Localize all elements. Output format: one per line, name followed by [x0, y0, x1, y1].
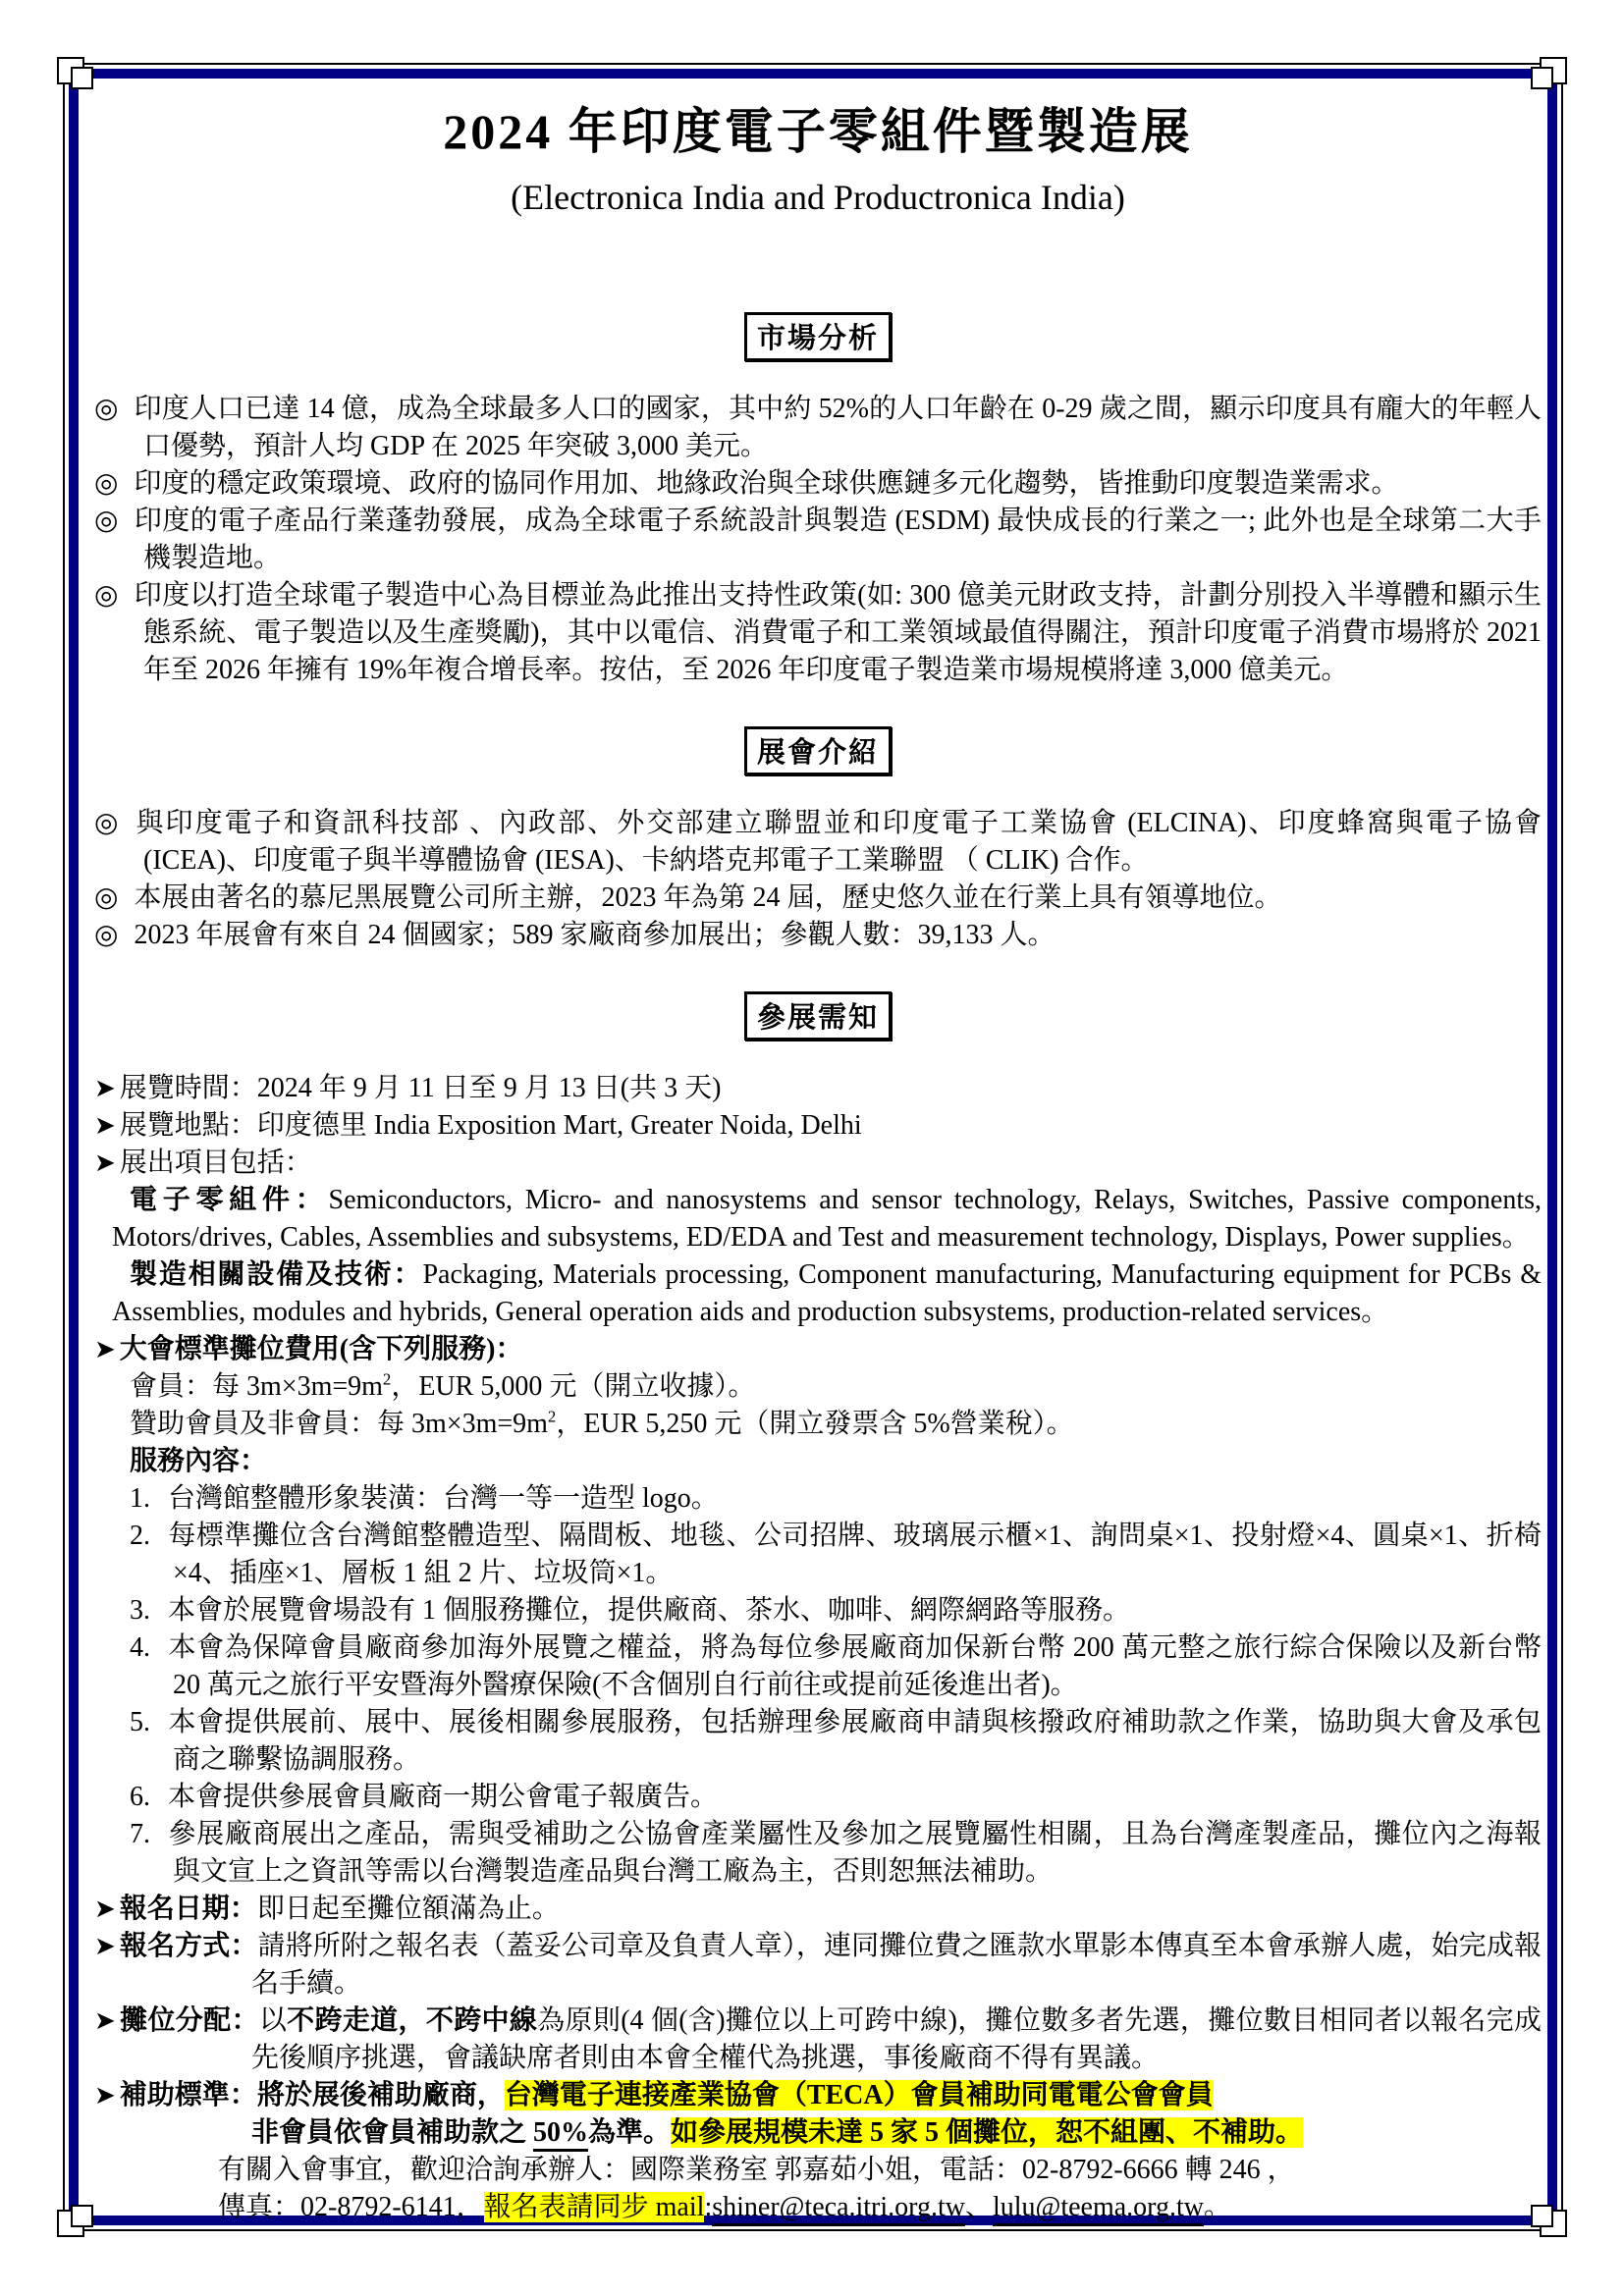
text-segment: shiner@teca.itri.org.tw: [712, 2192, 965, 2226]
arrow-icon: ➤: [94, 1148, 116, 1177]
section-market-analysis: 市場分析 ◎印度人口已達 14 億，成為全球最多人口的國家，其中約 52%的人口…: [94, 312, 1542, 689]
text-segment: 即日起至攤位額滿為止。: [257, 1894, 560, 1924]
item-number: 7.: [130, 1819, 150, 1849]
text-segment: 參展廠商展出之產品，需與受補助之公協會產業屬性及參加之展覽屬性相關，且為台灣產製…: [168, 1819, 1542, 1887]
page-title: 2024 年印度電子零組件暨製造展: [94, 92, 1542, 163]
text-segment: 台灣電子連接產業協會（TECA）會員補助同電電公會會員: [505, 2080, 1214, 2110]
text-segment: 與印度電子和資訊科技部 、內政部、外交部建立聯盟並和印度電子工業協會 (ELCI…: [135, 808, 1542, 876]
text-segment: 有關入會事宜，歡迎洽詢承辦人：國際業務室 郭嘉茹小姐，電話：02-8792-66…: [218, 2155, 1295, 2185]
bullet-icon: ◎: [94, 394, 119, 424]
item-number: 2.: [130, 1521, 150, 1551]
exhibition-time: ➤展覽時間：2024 年 9 月 11 日至 9 月 13 日(共 3 天): [94, 1070, 1542, 1107]
document-content: 2024 年印度電子零組件暨製造展 (Electronica India and…: [94, 86, 1542, 2226]
text-segment: 2023 年展會有來自 24 個國家；589 家廠商參加展出；參觀人數：39,1…: [134, 920, 1055, 950]
corner-ornament: [71, 67, 93, 89]
text-segment: 非會員依會員補助款之: [251, 2117, 533, 2148]
booth-allocation: ➤攤位分配：以不跨走道，不跨中線為原則(4 個(含)攤位以上可跨中線)，攤位數多…: [94, 2002, 1542, 2077]
bullet-icon: ◎: [94, 808, 120, 838]
service-item-5: 5.本會提供展前、展中、展後相關參展服務，包括辦理參展廠商申請與核撥政府補助款之…: [94, 1704, 1542, 1779]
item-number: 4.: [130, 1632, 150, 1663]
service-item-7: 7.參展廠商展出之產品，需與受補助之公協會產業屬性及參加之展覽屬性相關，且為台灣…: [94, 1816, 1542, 1891]
text-segment: 電子零組件：: [130, 1185, 329, 1215]
text-segment: ，EUR 5,000 元（開立收據）。: [391, 1371, 755, 1402]
subsidy-nonmember: 非會員依會員補助款之 50%為準。如參展規模未達 5 家 5 個攤位，恕不組團、…: [94, 2114, 1542, 2152]
arrow-icon: ➤: [94, 1111, 116, 1140]
service-item-2: 2.每標準攤位含台灣館整體造型、隔間板、地毯、公司招牌、玻璃展示櫃×1、詢問桌×…: [94, 1518, 1542, 1592]
bullet-icon: ◎: [94, 506, 119, 536]
section-heading-participation-notes: 參展需知: [744, 991, 892, 1041]
text-segment: 、: [965, 2192, 993, 2222]
service-item-6: 6.本會提供參展會員廠商一期公會電子報廣告。: [94, 1779, 1542, 1816]
text-segment: 本會提供參展會員廠商一期公會電子報廣告。: [168, 1782, 718, 1812]
intro-bullet-2: ◎本展由著名的慕尼黑展覽公司所主辦，2023 年為第 24 屆，歷史悠久並在行業…: [94, 880, 1542, 917]
text-segment: 會員：每 3m×3m=9m: [130, 1371, 383, 1402]
fee-member: 會員：每 3m×3m=9m2，EUR 5,000 元（開立收據）。: [94, 1368, 1542, 1406]
text-segment: 展覽地點：印度德里 India Exposition Mart, Greater…: [120, 1110, 862, 1141]
section-heading-wrap: 市場分析: [94, 312, 1542, 361]
text-segment: 。: [1204, 2192, 1231, 2222]
section-heading-wrap: 展會介紹: [94, 726, 1542, 775]
page-subtitle: (Electronica India and Productronica Ind…: [94, 177, 1542, 218]
section-heading-wrap: 參展需知: [94, 991, 1542, 1041]
text-segment: 印度的穩定政策環境、政府的協同作用加、地緣政治與全球供應鏈多元化趨勢，皆推動印度…: [134, 468, 1398, 499]
fee-sponsor-nonmember: 贊助會員及非會員：每 3m×3m=9m2，EUR 5,250 元（開立發票含 5…: [94, 1406, 1542, 1443]
item-number: 3.: [130, 1595, 150, 1626]
text-segment: 每標準攤位含台灣館整體造型、隔間板、地毯、公司招牌、玻璃展示櫃×1、詢問桌×1、…: [168, 1521, 1542, 1588]
registration-date: ➤報名日期：即日起至攤位額滿為止。: [94, 1891, 1542, 1928]
intro-bullet-1: ◎與印度電子和資訊科技部 、內政部、外交部建立聯盟並和印度電子工業協會 (ELC…: [94, 805, 1542, 880]
text-segment: 攤位分配：: [120, 2005, 259, 2036]
items-manufacturing-equipment: 製造相關設備及技術：Packaging, Materials processin…: [94, 1256, 1542, 1331]
text-segment: 印度人口已達 14 億，成為全球最多人口的國家，其中約 52%的人口年齡在 0-…: [135, 394, 1542, 461]
arrow-icon: ➤: [94, 2081, 116, 2109]
exhibition-items-label: ➤展出項目包括：: [94, 1145, 1542, 1182]
arrow-icon: ➤: [94, 1074, 116, 1102]
text-segment: 本展由著名的慕尼黑展覽公司所主辦，2023 年為第 24 屆，歷史悠久並在行業上…: [134, 882, 1281, 913]
bullet-icon: ◎: [94, 580, 119, 611]
text-segment: 印度以打造全球電子製造中心為目標並為此推出支持性政策(如: 300 億美元財政支…: [135, 580, 1542, 685]
market-bullet-1: ◎印度人口已達 14 億，成為全球最多人口的國家，其中約 52%的人口年齡在 0…: [94, 391, 1542, 465]
market-bullet-4: ◎印度以打造全球電子製造中心為目標並為此推出支持性政策(如: 300 億美元財政…: [94, 577, 1542, 689]
items-electronic-components: 電子零組件：Semiconductors, Micro- and nanosys…: [94, 1182, 1542, 1256]
service-item-3: 3.本會於展覽會場設有 1 個服務攤位，提供廠商、茶水、咖啡、網際網路等服務。: [94, 1592, 1542, 1629]
bullet-icon: ◎: [94, 920, 118, 950]
text-segment: 以: [259, 2005, 287, 2036]
market-analysis-body: ◎印度人口已達 14 億，成為全球最多人口的國家，其中約 52%的人口年齡在 0…: [94, 391, 1542, 689]
text-segment: 本會於展覽會場設有 1 個服務攤位，提供廠商、茶水、咖啡、網際網路等服務。: [168, 1595, 1130, 1626]
text-segment: 贊助會員及非會員：每 3m×3m=9m: [130, 1409, 548, 1439]
text-segment: 報名日期：: [120, 1894, 257, 1924]
text-segment: 補助標準：: [120, 2080, 257, 2110]
section-heading-market-analysis: 市場分析: [744, 312, 892, 361]
service-item-1: 1.台灣館整體形象裝潢：台灣一等一造型 logo。: [94, 1480, 1542, 1518]
bullet-icon: ◎: [94, 468, 118, 499]
exhibition-intro-body: ◎與印度電子和資訊科技部 、內政部、外交部建立聯盟並和印度電子工業協會 (ELC…: [94, 805, 1542, 954]
section-participation-notes: 參展需知 ➤展覽時間：2024 年 9 月 11 日至 9 月 13 日(共 3…: [94, 991, 1542, 2226]
text-segment: 如參展規模未達 5 家 5 個攤位，恕不組團、不補助。: [671, 2117, 1303, 2148]
text-segment: 展覽時間：2024 年 9 月 11 日至 9 月 13 日(共 3 天): [120, 1073, 722, 1103]
participation-notes-body: ➤展覽時間：2024 年 9 月 11 日至 9 月 13 日(共 3 天)➤展…: [94, 1070, 1542, 2226]
text-segment: 傳真：02-8792-6141，: [218, 2192, 484, 2222]
section-exhibition-intro: 展會介紹 ◎與印度電子和資訊科技部 、內政部、外交部建立聯盟並和印度電子工業協會…: [94, 726, 1542, 954]
text-segment: 台灣館整體形象裝潢：台灣一等一造型 logo。: [168, 1483, 719, 1514]
text-segment: 將於展後補助廠商，: [257, 2080, 505, 2110]
text-segment: 不跨走道，不跨中線: [287, 2005, 537, 2036]
text-segment: 本會提供展前、展中、展後相關參展服務，包括辦理參展廠商申請與核撥政府補助款之作業…: [168, 1707, 1542, 1775]
text-segment: 本會為保障會員廠商參加海外展覽之權益，將為每位參展廠商加保新台幣 200 萬元整…: [168, 1632, 1542, 1700]
arrow-icon: ➤: [94, 1895, 116, 1923]
item-number: 6.: [130, 1782, 150, 1812]
document-page: 2024 年印度電子零組件暨製造展 (Electronica India and…: [0, 0, 1624, 2296]
text-segment: 請將所附之報名表（蓋妥公司章及負責人章），連同攤位費之匯款水單影本傳真至本會承辦…: [251, 1931, 1542, 1999]
text-segment: 大會標準攤位費用(含下列服務)：: [120, 1334, 523, 1364]
registration-method: ➤報名方式：請將所附之報名表（蓋妥公司章及負責人章），連同攤位費之匯款水單影本傳…: [94, 1928, 1542, 2002]
section-heading-exhibition-intro: 展會介紹: [744, 726, 892, 775]
text-segment: 報名方式：: [120, 1931, 258, 1961]
text-segment: ，EUR 5,250 元（開立發票含 5%營業稅）。: [556, 1409, 1073, 1439]
text-segment: 50%: [533, 2117, 588, 2152]
market-bullet-2: ◎印度的穩定政策環境、政府的協同作用加、地緣政治與全球供應鏈多元化趨勢，皆推動印…: [94, 465, 1542, 503]
item-number: 5.: [130, 1707, 150, 1737]
item-number: 1.: [130, 1483, 150, 1514]
text-segment: 服務內容：: [130, 1446, 267, 1476]
service-item-4: 4.本會為保障會員廠商參加海外展覽之權益，將為每位參展廠商加保新台幣 200 萬…: [94, 1629, 1542, 1704]
corner-ornament: [71, 2205, 93, 2227]
membership-contact: 有關入會事宜，歡迎洽詢承辦人：國際業務室 郭嘉茹小姐，電話：02-8792-66…: [94, 2152, 1542, 2189]
text-segment: 製造相關設備及技術：: [130, 1259, 422, 1290]
text-segment: 印度的電子產品行業蓬勃發展，成為全球電子系統設計與製造 (ESDM) 最快成長的…: [135, 506, 1542, 573]
text-segment: 展出項目包括：: [120, 1148, 312, 1178]
services-label: 服務內容：: [94, 1443, 1542, 1480]
arrow-icon: ➤: [94, 2006, 116, 2035]
exhibition-venue: ➤展覽地點：印度德里 India Exposition Mart, Greate…: [94, 1107, 1542, 1145]
subsidy-standard: ➤補助標準：將於展後補助廠商，台灣電子連接產業協會（TECA）會員補助同電電公會…: [94, 2077, 1542, 2114]
booth-fee-label: ➤大會標準攤位費用(含下列服務)：: [94, 1331, 1542, 1368]
text-segment: 為準。: [588, 2117, 671, 2148]
text-segment: 報名表請同步 mail: [484, 2192, 705, 2222]
intro-bullet-3: ◎2023 年展會有來自 24 個國家；589 家廠商參加展出；參觀人數：39,…: [94, 917, 1542, 954]
arrow-icon: ➤: [94, 1932, 116, 1960]
bullet-icon: ◎: [94, 882, 118, 913]
fax-and-mail: 傳真：02-8792-6141，報名表請同步 mail:shiner@teca.…: [94, 2189, 1542, 2226]
text-segment: lulu@teema.org.tw: [993, 2192, 1204, 2226]
arrow-icon: ➤: [94, 1335, 116, 1363]
market-bullet-3: ◎印度的電子產品行業蓬勃發展，成為全球電子系統設計與製造 (ESDM) 最快成長…: [94, 503, 1542, 577]
